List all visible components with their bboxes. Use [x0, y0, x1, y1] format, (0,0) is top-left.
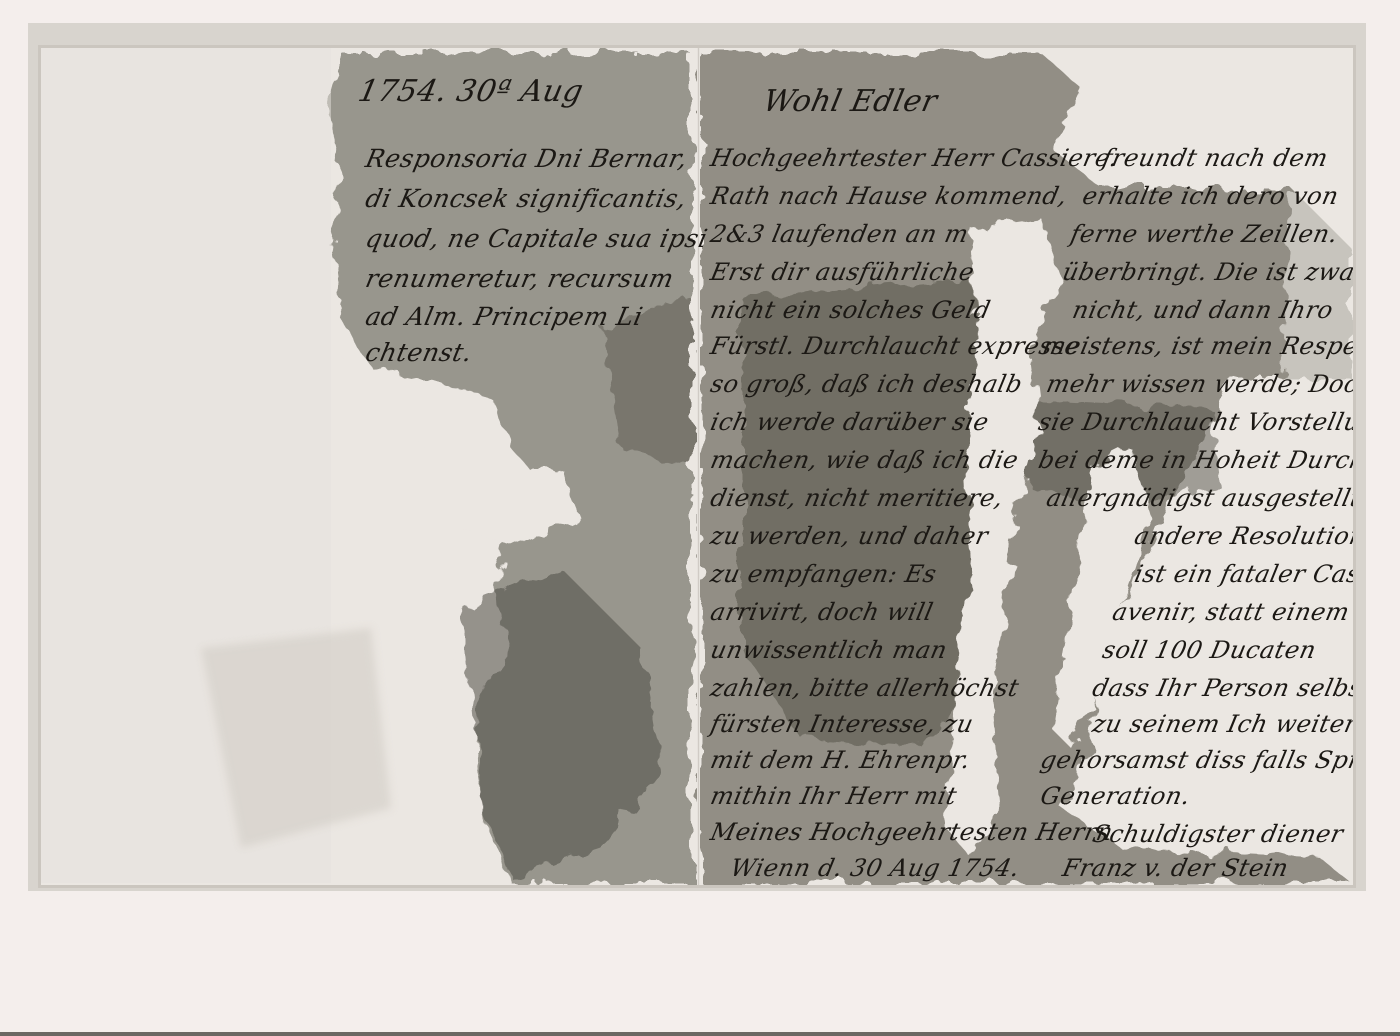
docket-line: di Koncsek significantis, [363, 184, 689, 213]
docket-date: 1754. 30ª Aug [355, 74, 587, 109]
letter-line: andere Resolution [1132, 522, 1356, 550]
letter-line: zu seinem Ich weiter [1090, 710, 1356, 738]
docket-line: ad Alm. Principem Li [363, 302, 646, 331]
letter-line: zu empfangen: Es [708, 560, 939, 588]
docket-line: quod, ne Capitale sua ipsi [363, 224, 710, 253]
letter-line: machen, wie daß ich die [708, 446, 1021, 474]
letter-line: unwissentlich man [708, 636, 950, 664]
docket-line: chtenst. [363, 338, 475, 367]
letter-line: nicht ein solches Geld [708, 296, 993, 324]
docket-line: renumeretur, recursum [363, 264, 677, 293]
letter-line: Rath nach Hause kommend, [708, 182, 1070, 210]
letter-line: sie Durchlaucht Vorstellung [1036, 408, 1356, 436]
letter-line: ferne werthe Zeillen. [1068, 220, 1341, 248]
letter-line: mehr wissen werde; Doch [1044, 370, 1356, 398]
letter-line: Fürstl. Durchlaucht expresse [708, 332, 1083, 360]
letter-line: fürsten Interesse, zu [708, 710, 976, 738]
letter-line: zu werden, und daher [708, 522, 991, 550]
letter-paper: 1754. 30ª Aug Responsoria Dni Bernar, di… [38, 45, 1356, 888]
letter-line: meistens, ist mein Respect [1040, 332, 1356, 360]
photo-mount: 1754. 30ª Aug Responsoria Dni Bernar, di… [0, 0, 1400, 1036]
letter-line: Generation. [1038, 782, 1193, 810]
letter-line: avenir, statt einem [1110, 598, 1352, 626]
letter-closing-formula: Schuldigster diener [1090, 820, 1346, 848]
letter-line: nicht, und dann Ihro [1070, 296, 1336, 324]
letter-line: so groß, daß ich deshalb [708, 370, 1025, 398]
letter-line: freundt nach dem [1100, 144, 1331, 172]
letter-closing: Meines Hochgeehrtesten Herrn [708, 818, 1116, 846]
letter-line: ist ein fataler Casus [1132, 560, 1356, 588]
letter-place-date: Wienn d. 30 Aug 1754. [728, 854, 1022, 882]
left-page-docket: 1754. 30ª Aug Responsoria Dni Bernar, di… [41, 48, 697, 888]
letter-line: überbringt. Die ist zwar [1060, 258, 1356, 286]
letter-line: mithin Ihr Herr mit [708, 782, 960, 810]
letter-line: 2&3 laufenden an m [708, 220, 971, 248]
letter-salutation: Wohl Edler [760, 84, 941, 119]
letter-line: arrivirt, doch will [708, 598, 936, 626]
right-page-letter: Wohl Edler Hochgeehrtester Herr Cassiere… [700, 48, 1356, 888]
letter-line: ich werde darüber sie [708, 408, 992, 436]
letter-line: erhalte ich dero von [1080, 182, 1341, 210]
docket-line: Responsoria Dni Bernar, [363, 144, 690, 173]
letter-line: bei deme in Hoheit Durchlaucht [1036, 446, 1356, 474]
letter-line: mit dem H. Ehrenpr. [708, 746, 973, 774]
letter-line: Erst dir ausführliche [708, 258, 977, 286]
letter-line: Hochgeehrtester Herr Cassiere. [708, 144, 1121, 172]
letter-line: gehorsamst diss falls Sprach [1038, 746, 1356, 774]
letter-line: zahlen, bitte allerhöchst [708, 674, 1022, 702]
letter-line: soll 100 Ducaten [1100, 636, 1319, 664]
photo-edge-shadow [0, 1032, 1400, 1036]
letter-line: dienst, nicht meritiere, [708, 484, 1006, 512]
letter-signature: Franz v. der Stein [1060, 854, 1291, 882]
letter-line: allergnädigst ausgestellt [1044, 484, 1356, 512]
letter-line: dass Ihr Person selbst [1090, 674, 1356, 702]
